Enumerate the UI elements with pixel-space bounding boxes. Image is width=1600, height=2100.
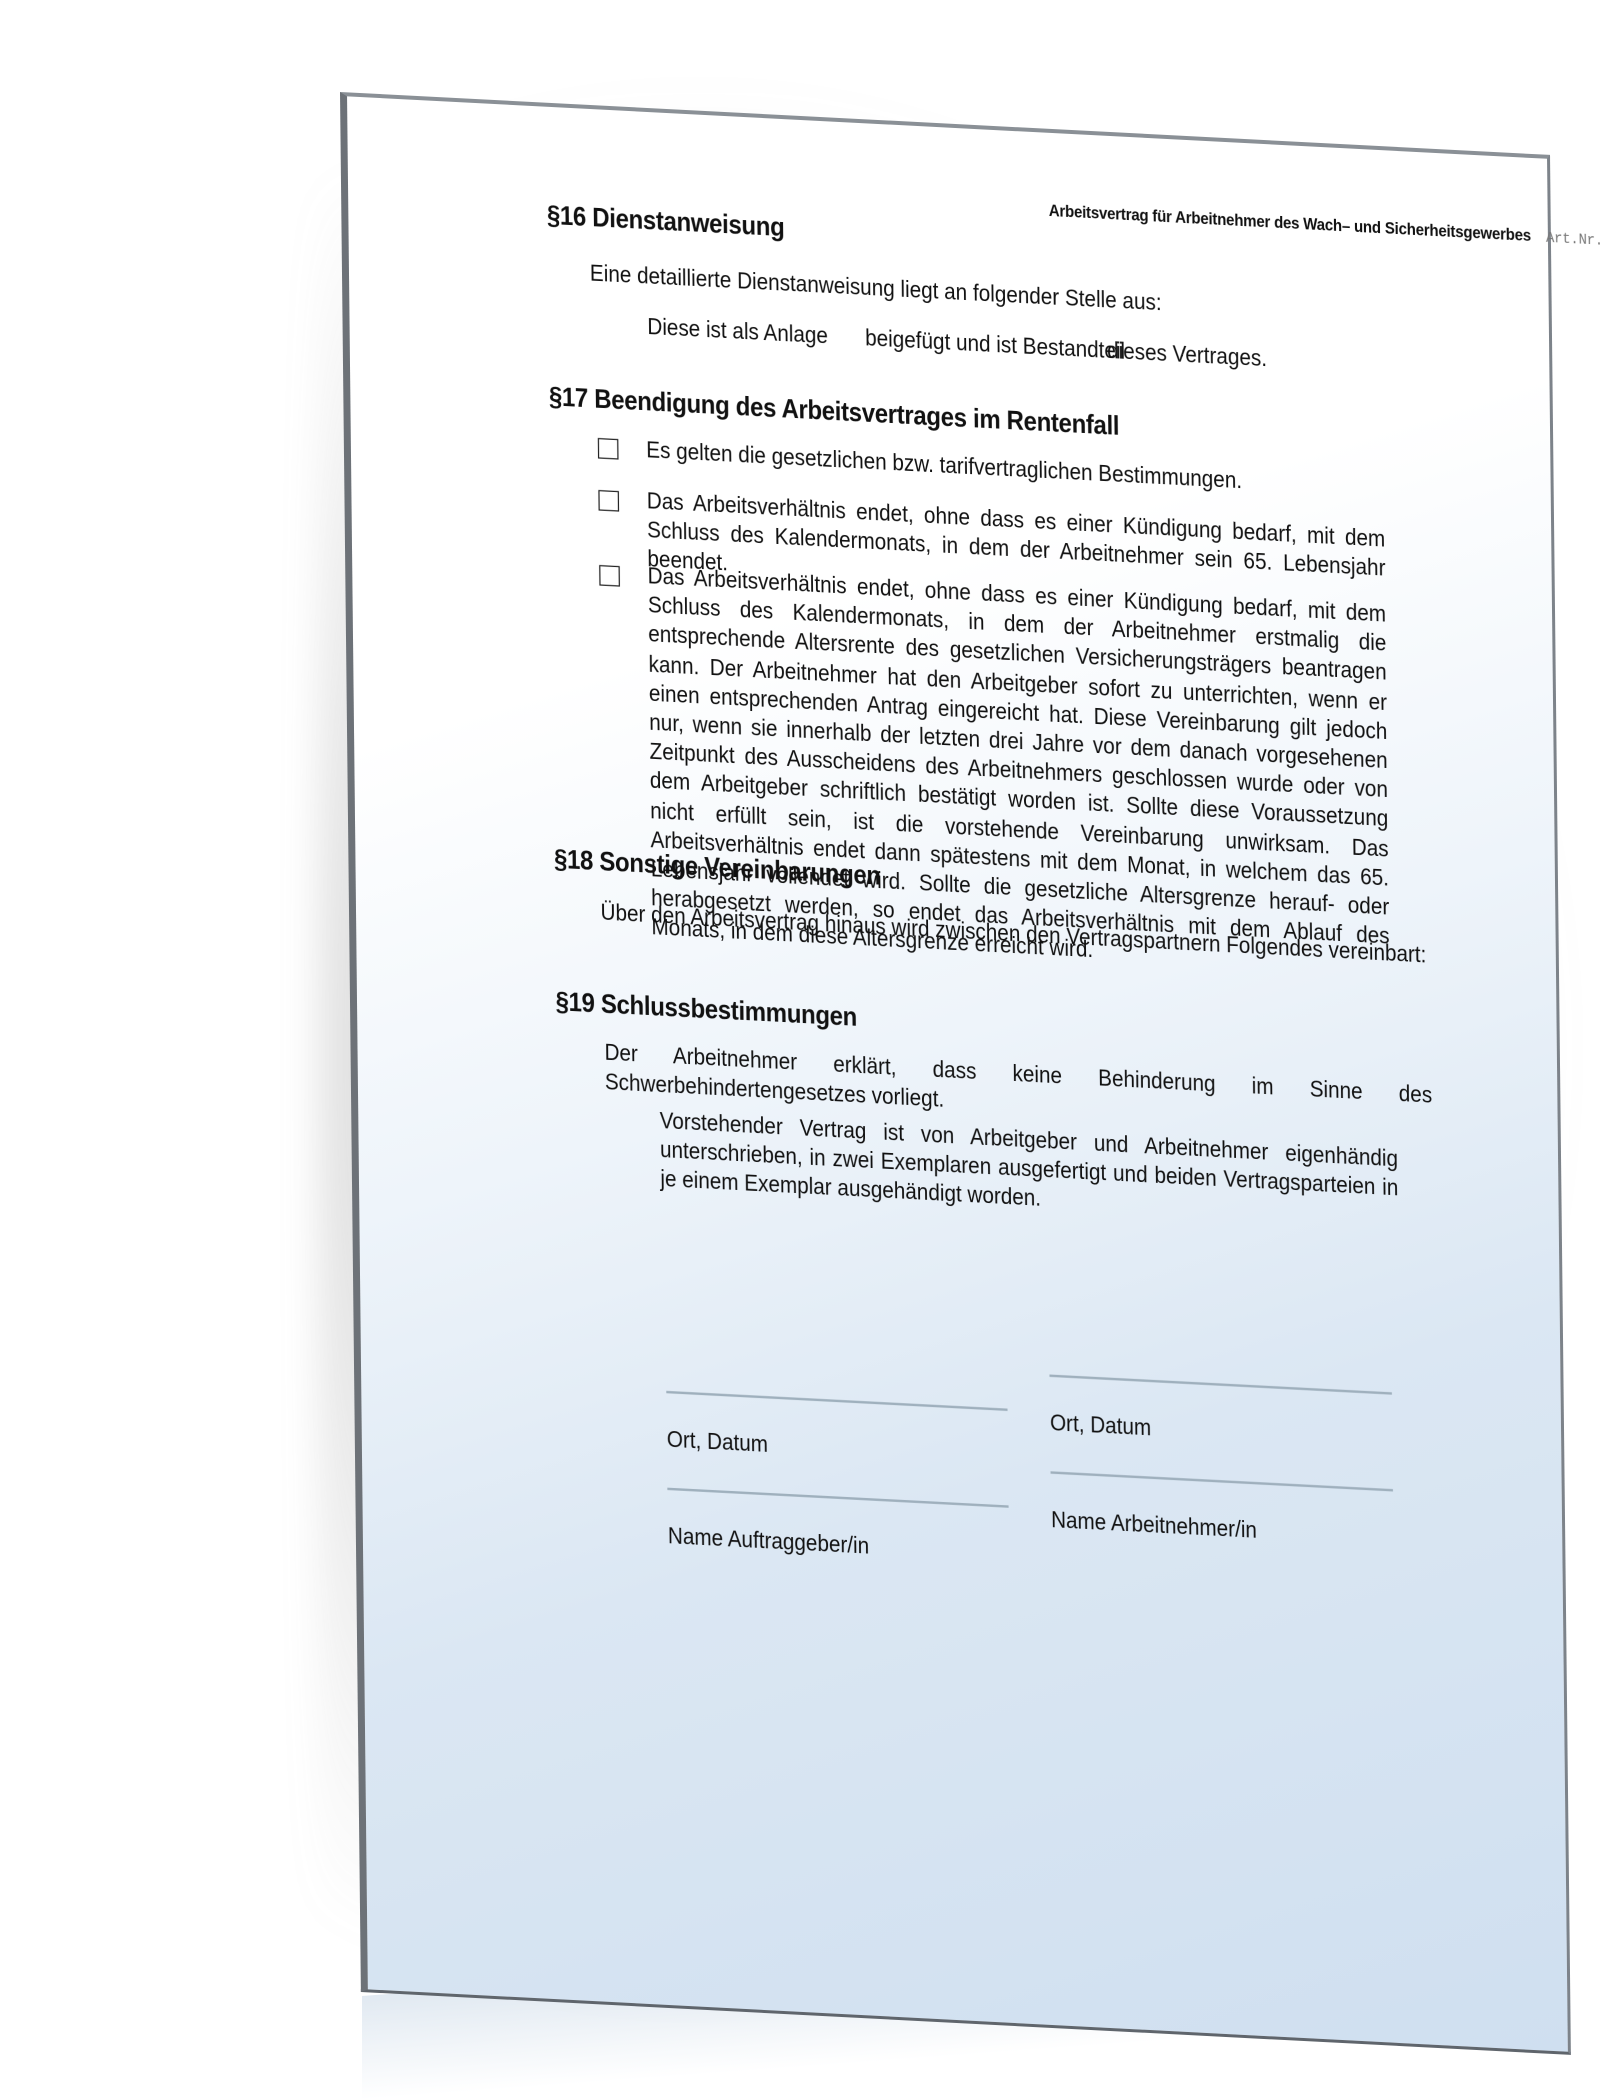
label-left-name: Name Auftraggeber/in — [668, 1524, 870, 1561]
signature-line-left-place-date[interactable] — [666, 1391, 1007, 1411]
section-16-line1: Eine detaillierte Dienstanweisung liegt … — [590, 260, 1162, 319]
document-title: Arbeitsvertrag für Arbeitnehmer des Wach… — [1049, 201, 1531, 244]
checkbox-statutory-rules[interactable] — [598, 438, 619, 460]
section-19-heading: §19 Schlussbestimmungen — [555, 986, 857, 1033]
section-16-attachment-text: Diese ist als Anlage — [647, 314, 828, 353]
label-left-place-date: Ort, Datum — [667, 1427, 768, 1459]
checkbox-age-65[interactable] — [598, 490, 619, 512]
checkbox-pension-eligibility[interactable] — [599, 565, 620, 587]
label-right-place-date: Ort, Datum — [1050, 1411, 1151, 1443]
document-page: Arbeitsvertrag für Arbeitnehmer des Wach… — [340, 92, 1571, 2055]
section-16-this-contract: dieses Vertrages. — [1107, 337, 1267, 375]
section-16-heading: §16 Dienstanweisung — [547, 199, 785, 243]
label-right-name: Name Arbeitnehmer/in — [1051, 1508, 1257, 1545]
signature-line-right-name[interactable] — [1051, 1471, 1393, 1491]
section-17-heading: §17 Beendigung des Arbeitsvertrages im R… — [549, 381, 1120, 442]
signature-line-left-name[interactable] — [667, 1488, 1008, 1508]
running-header: Arbeitsvertrag für Arbeitnehmer des Wach… — [1049, 201, 1600, 252]
section-16-part-of-contract: beigefügt und ist Bestandteil — [865, 325, 1125, 368]
section-19-para1-text: Der Arbeitnehmer erklärt, dass keine Beh… — [604, 1041, 1432, 1113]
page-content: Arbeitsvertrag für Arbeitnehmer des Wach… — [340, 92, 1571, 2055]
option-statutory-rules: Es gelten die gesetzlichen bzw. tarifver… — [646, 437, 1242, 498]
signature-line-right-place-date[interactable] — [1049, 1374, 1391, 1394]
